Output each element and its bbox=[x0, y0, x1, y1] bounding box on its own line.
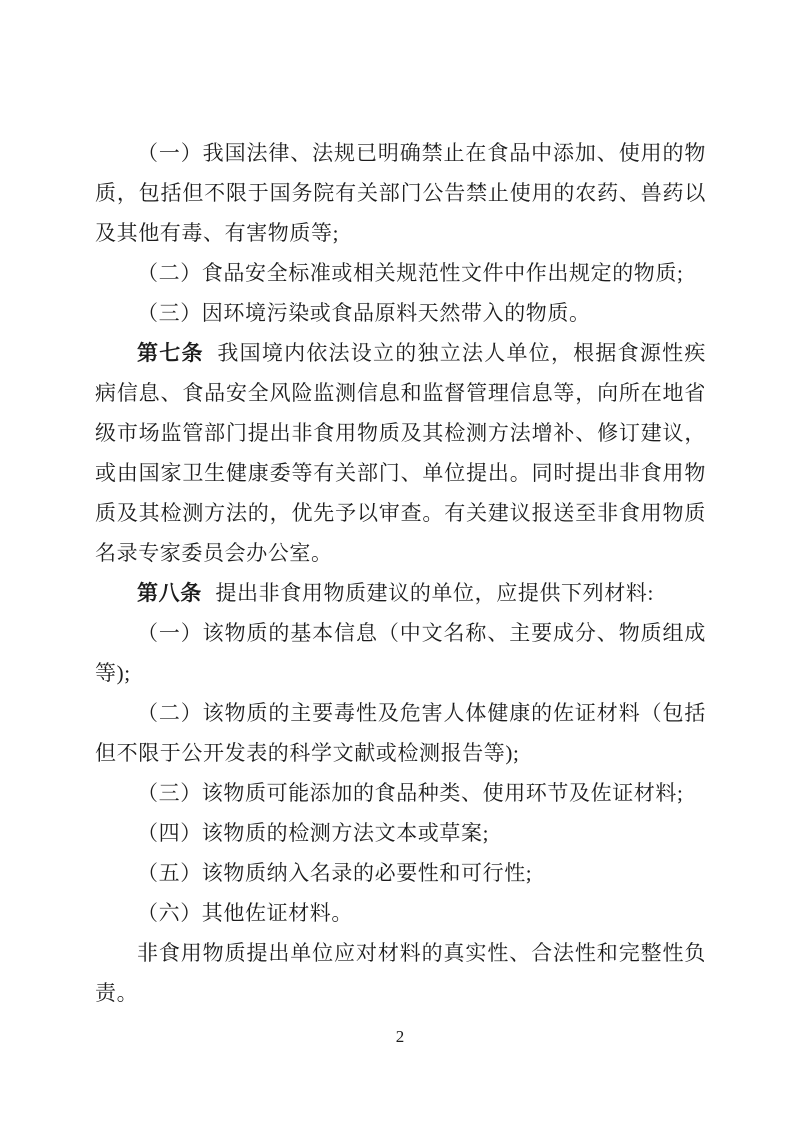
paragraph-text: （三）该物质可能添加的食品种类、使用环节及佐证材料; bbox=[137, 781, 683, 805]
page-number: 2 bbox=[0, 1026, 800, 1048]
paragraph-text: （二）食品安全标准或相关规范性文件中作出规定的物质; bbox=[137, 261, 683, 285]
paragraph-text: （六）其他佐证材料。 bbox=[137, 901, 353, 925]
paragraph-item-6b: （六）其他佐证材料。 bbox=[95, 893, 706, 933]
paragraph-text: （三）因环境污染或食品原料天然带入的物质。 bbox=[137, 301, 591, 325]
paragraph-text: （一）该物质的基本信息（中文名称、主要成分、物质组成等); bbox=[95, 621, 706, 685]
document-body: （一）我国法律、法规已明确禁止在食品中添加、使用的物质，包括但不限于国务院有关部… bbox=[95, 133, 706, 1013]
paragraph-text: （四）该物质的检测方法文本或草案; bbox=[137, 821, 489, 845]
article-number: 第七条 bbox=[137, 341, 204, 365]
article-number: 第八条 bbox=[137, 581, 202, 605]
paragraph-item-2b: （二）该物质的主要毒性及危害人体健康的佐证材料（包括但不限于公开发表的科学文献或… bbox=[95, 693, 706, 773]
paragraph-item-3: （三）因环境污染或食品原料天然带入的物质。 bbox=[95, 293, 706, 333]
document-page: （一）我国法律、法规已明确禁止在食品中添加、使用的物质，包括但不限于国务院有关部… bbox=[0, 0, 800, 1131]
paragraph-text: （一）我国法律、法规已明确禁止在食品中添加、使用的物质，包括但不限于国务院有关部… bbox=[95, 141, 706, 245]
paragraph-article-8: 第八条提出非食用物质建议的单位，应提供下列材料: bbox=[95, 573, 706, 613]
paragraph-text: （二）该物质的主要毒性及危害人体健康的佐证材料（包括但不限于公开发表的科学文献或… bbox=[95, 701, 706, 765]
paragraph-text: （五）该物质纳入名录的必要性和可行性; bbox=[137, 861, 532, 885]
paragraph-item-5b: （五）该物质纳入名录的必要性和可行性; bbox=[95, 853, 706, 893]
paragraph-text: 提出非食用物质建议的单位，应提供下列材料: bbox=[215, 581, 653, 605]
paragraph-text: 我国境内依法设立的独立法人单位，根据食源性疾病信息、食品安全风险监测信息和监督管… bbox=[95, 341, 706, 565]
paragraph-closing: 非食用物质提出单位应对材料的真实性、合法性和完整性负责。 bbox=[95, 933, 706, 1013]
paragraph-item-1b: （一）该物质的基本信息（中文名称、主要成分、物质组成等); bbox=[95, 613, 706, 693]
paragraph-item-3b: （三）该物质可能添加的食品种类、使用环节及佐证材料; bbox=[95, 773, 706, 813]
paragraph-article-7: 第七条我国境内依法设立的独立法人单位，根据食源性疾病信息、食品安全风险监测信息和… bbox=[95, 333, 706, 573]
paragraph-item-2: （二）食品安全标准或相关规范性文件中作出规定的物质; bbox=[95, 253, 706, 293]
paragraph-text: 非食用物质提出单位应对材料的真实性、合法性和完整性负责。 bbox=[95, 941, 706, 1005]
paragraph-item-4b: （四）该物质的检测方法文本或草案; bbox=[95, 813, 706, 853]
paragraph-item-1: （一）我国法律、法规已明确禁止在食品中添加、使用的物质，包括但不限于国务院有关部… bbox=[95, 133, 706, 253]
